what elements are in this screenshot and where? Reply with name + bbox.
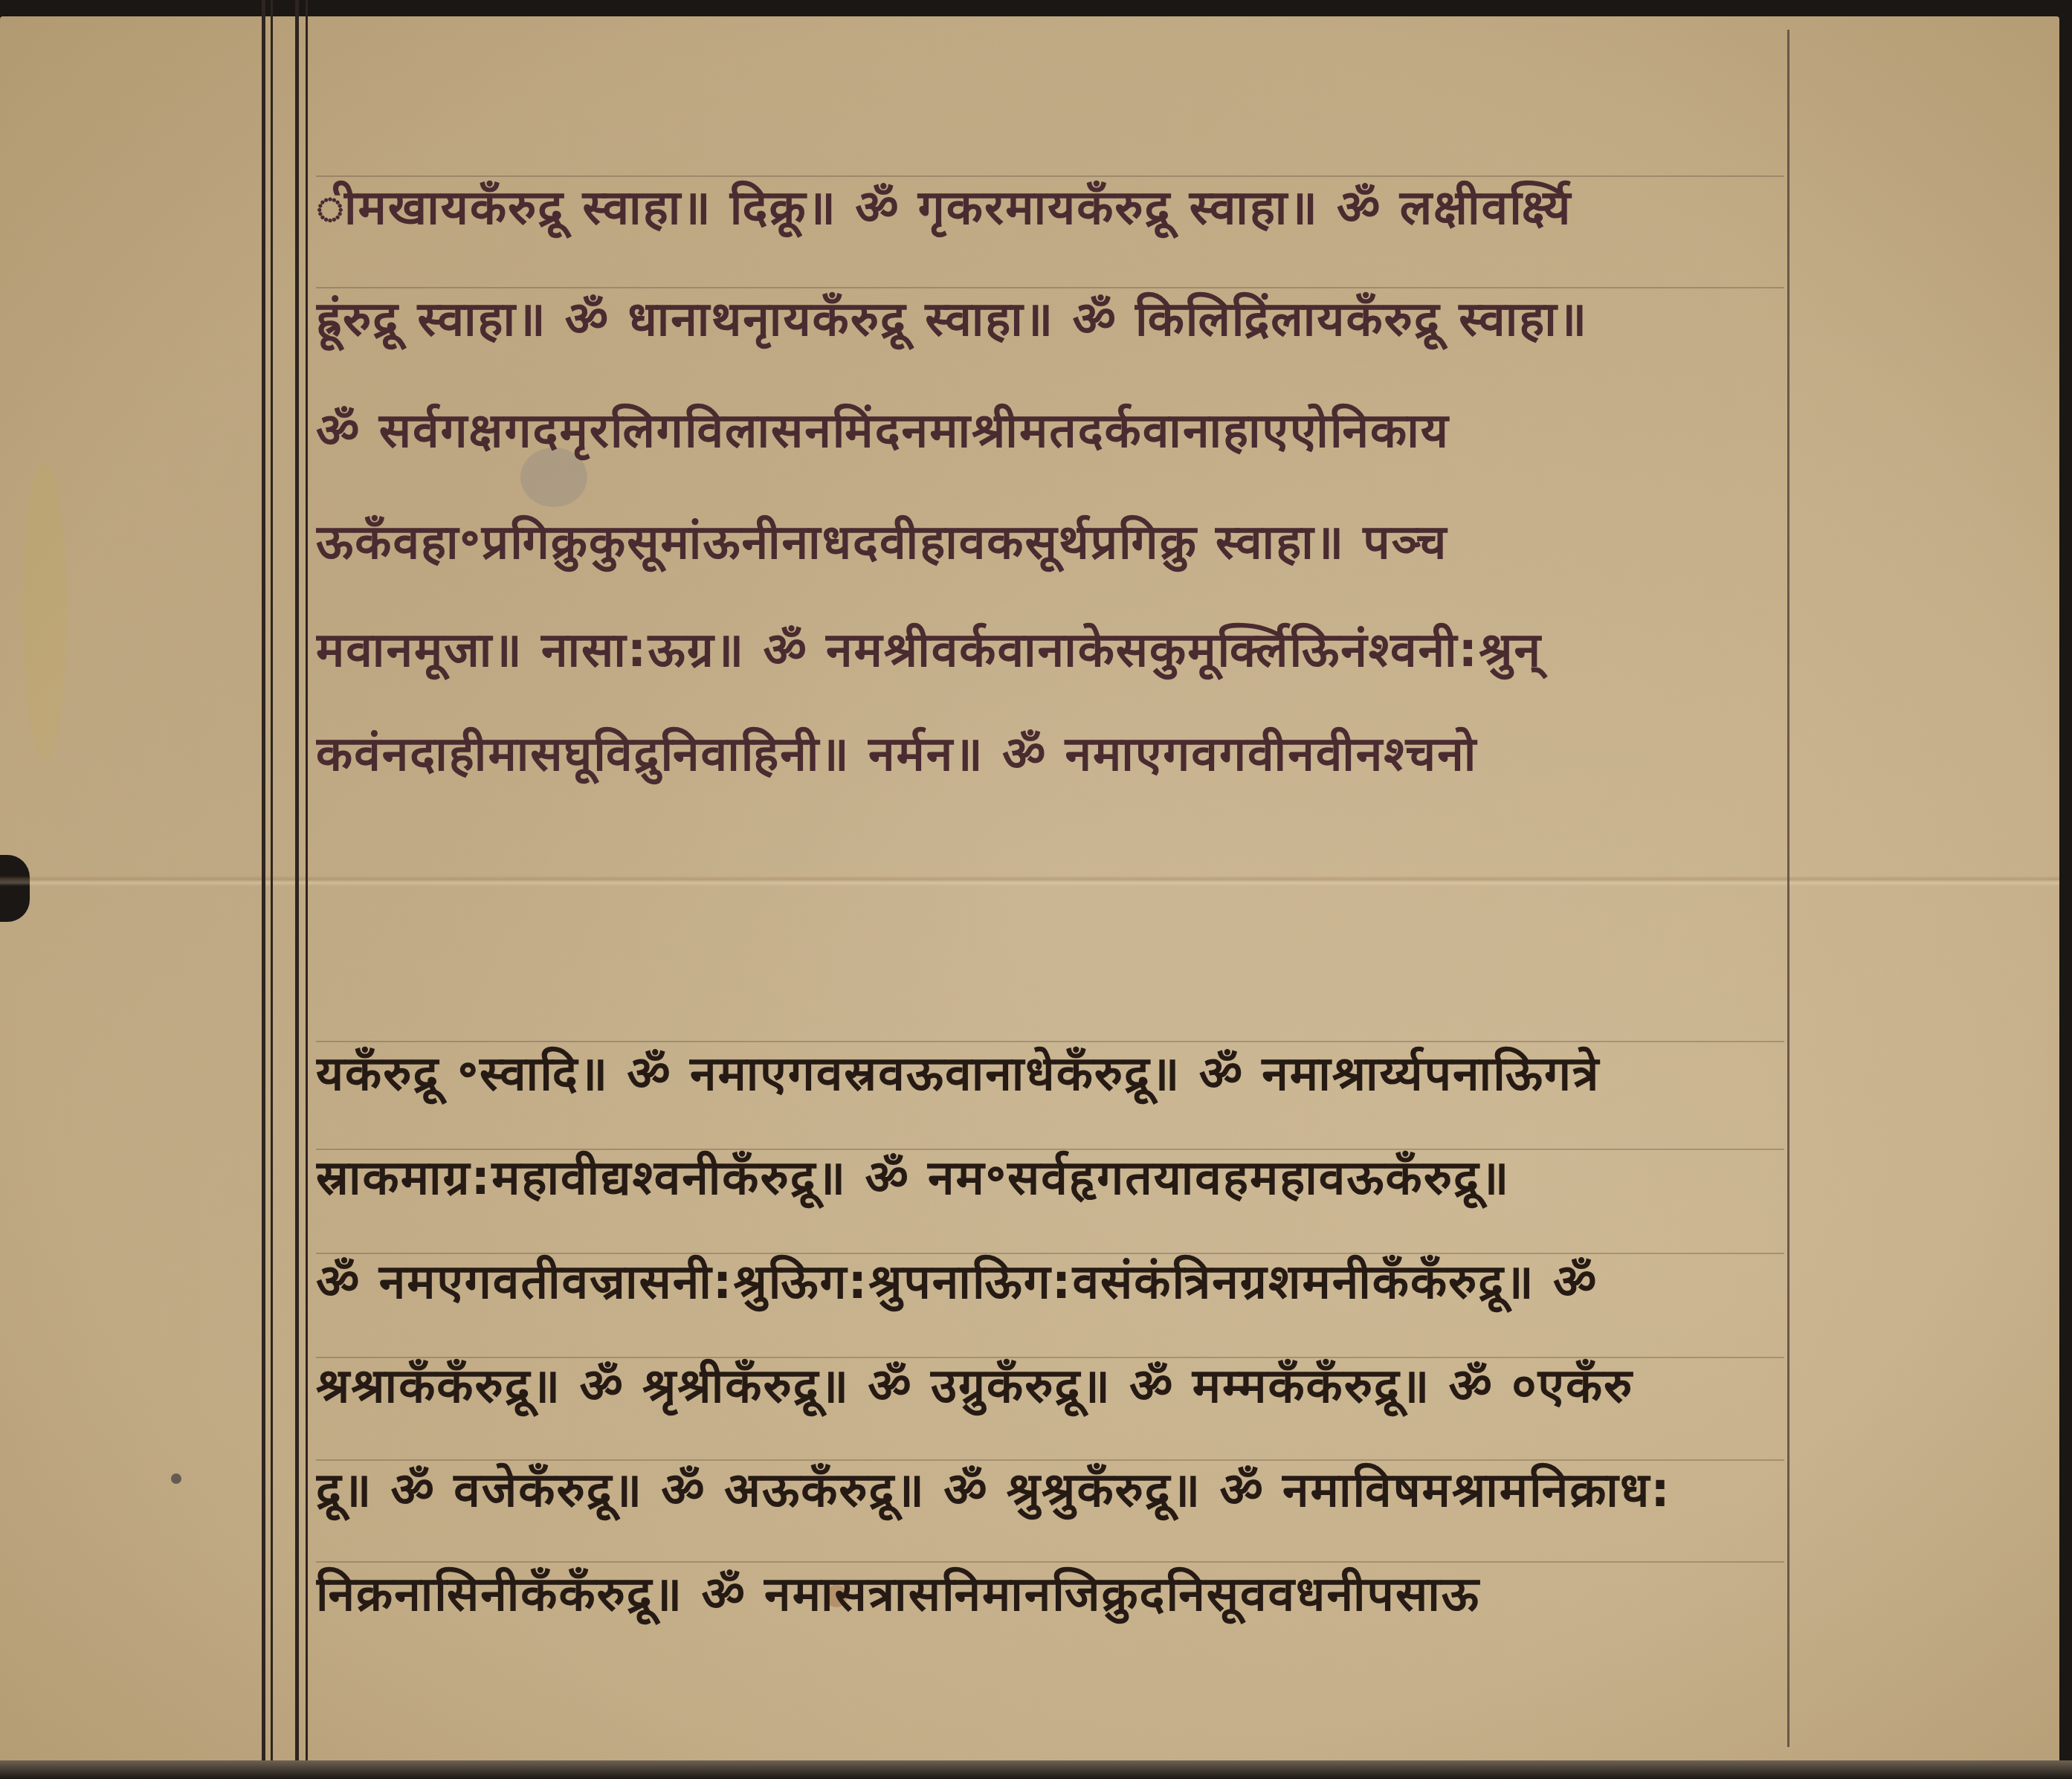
margin-rule-left-3 — [295, 0, 299, 1762]
margin-rule-right — [1787, 30, 1789, 1747]
page-bottom-edge — [0, 1760, 2072, 1779]
margin-rule-left-1 — [262, 0, 265, 1762]
stain — [22, 462, 67, 760]
text-line: द्रू॥ ॐ वजेकँरुद्रू॥ ॐ अऊकँरुद्रू॥ ॐ श्र… — [316, 1450, 1784, 1531]
text-line: यकँरुद्रू ॰स्वादि॥ ॐ नमाएगवस्रवऊवानाधेकँ… — [316, 1033, 1784, 1115]
page-fold-crease — [0, 876, 2059, 886]
margin-rule-left-4 — [306, 0, 308, 1762]
margin-rule-left-2 — [271, 0, 273, 1762]
text-line: ॐ सर्वगक्षगदमृरलिगविलासनमिंदनमाश्रीमतदर्… — [316, 390, 1784, 472]
text-line: ीमखायकँरुद्रू स्वाहा॥ दिक्रू॥ ॐ गृकरमायक… — [316, 167, 1784, 249]
paper-tear-notch — [0, 855, 30, 922]
text-line: ह्रूंरुद्रू स्वाहा॥ ॐ धानाथनृायकँरुद्रू … — [316, 279, 1784, 361]
text-line: श्रश्राकँकँरुद्रू॥ ॐ श्रृश्रीकँरुद्रू॥ ॐ… — [316, 1346, 1784, 1427]
text-line: मवानमूजा॥ नासा:ऊग्र॥ ॐ नमश्रीवर्कवानाकेस… — [316, 610, 1784, 691]
text-line: कवंनदाहीमासघूविद्रुनिवाहिनी॥ नर्मन॥ ॐ नम… — [316, 714, 1784, 795]
stain — [171, 1473, 181, 1484]
text-line: निक्रनासिनीकँकँरुद्रू॥ ॐ नमासत्रासनिमानज… — [316, 1554, 1784, 1636]
text-line: स्राकमाग्र:महावीद्यश्वनीकँरुद्रू॥ ॐ नम॰स… — [316, 1137, 1784, 1219]
text-line: ॐ नमएगवतीवज्रासनी:श्रुऊिग:श्रुपनाऊिग:वसं… — [316, 1242, 1784, 1323]
text-line: ऊकँवहा॰प्रगिक्रुकुसूमांऊनीनाधदवीहावकसूर्… — [316, 502, 1784, 584]
